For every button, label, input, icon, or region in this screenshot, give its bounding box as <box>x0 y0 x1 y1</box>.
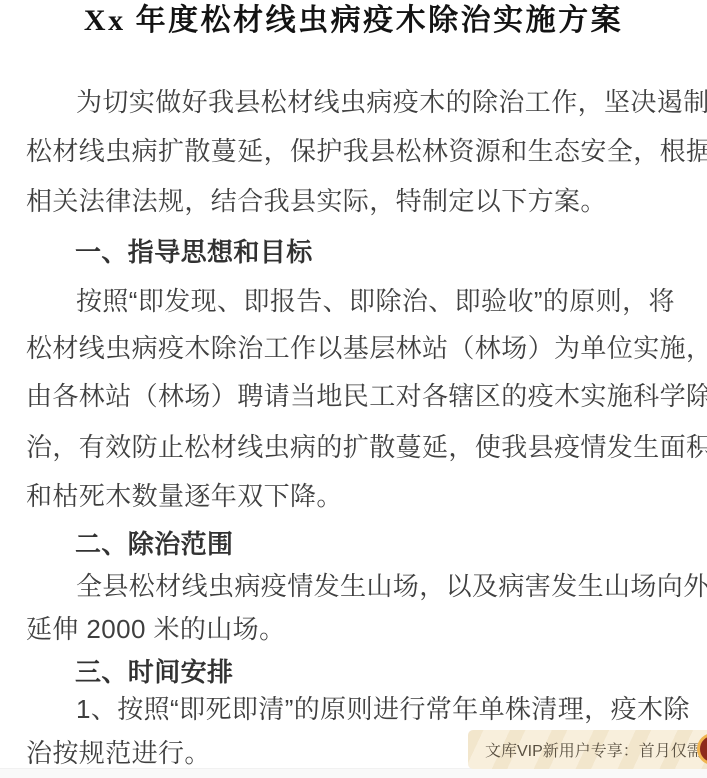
page-bottom-edge <box>0 768 707 778</box>
doc-section-heading: 三、时间安排 <box>75 657 233 687</box>
doc-line: 全县松材线虫病疫情发生山场，以及病害发生山场向外 <box>76 571 707 601</box>
document-page: Xx 年度松材线虫病疫木除治实施方案 为切实做好我县松材线虫病疫木的除治工作，坚… <box>0 0 707 778</box>
vip-banner-text: 文库VIP新用户专享：首月仅需 <box>485 738 703 761</box>
doc-line: 相关法律法规，结合我县实际，特制定以下方案。 <box>26 186 607 216</box>
doc-line: 松材线虫病疫木除治工作以基层林站（林场）为单位实施， <box>26 333 707 363</box>
doc-line: 为切实做好我县松材线虫病疫木的除治工作，坚决遏制 <box>76 87 707 117</box>
doc-section-heading: 二、除治范围 <box>75 529 233 559</box>
doc-section-heading: 一、指导思想和目标 <box>75 237 313 267</box>
doc-line: 按照“即发现、即报告、即除治、即验收”的原则，将 <box>76 286 675 316</box>
doc-line: 延伸 2000 米的山场。 <box>26 614 286 644</box>
doc-title: Xx 年度松材线虫病疫木除治实施方案 <box>0 2 707 40</box>
doc-line: 1、按照“即死即清”的原则进行常年单株清理，疫木除 <box>76 694 690 724</box>
doc-line: 松材线虫病扩散蔓延，保护我县松林资源和生态安全，根据 <box>26 136 707 166</box>
doc-line: 和枯死木数量逐年双下降。 <box>26 481 343 511</box>
vip-banner[interactable]: 文库VIP新用户专享：首月仅需9元 <box>468 730 707 769</box>
doc-line: 治按规范进行。 <box>26 738 211 768</box>
doc-line: 治，有效防止松材线虫病的扩散蔓延，使我县疫情发生面积 <box>26 432 707 462</box>
doc-line: 由各林站（林场）聘请当地民工对各辖区的疫木实施科学除 <box>26 381 707 411</box>
